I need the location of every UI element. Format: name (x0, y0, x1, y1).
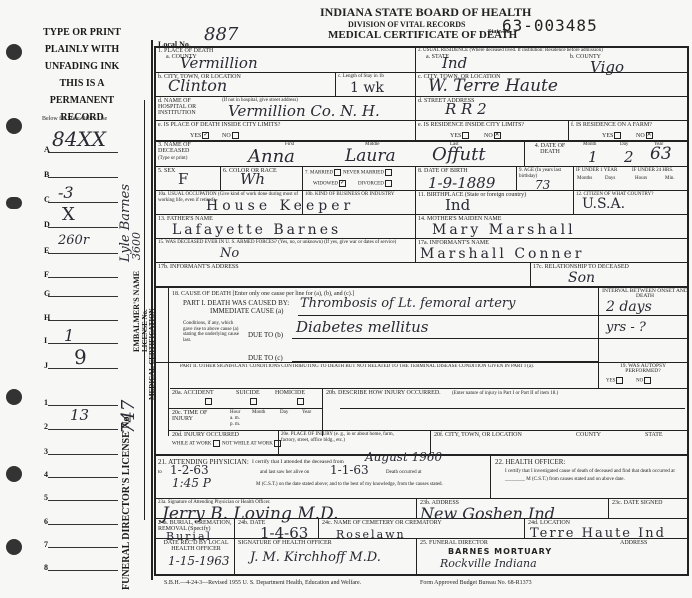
pm-label: p. m. (230, 422, 240, 427)
no-label: NO (636, 133, 645, 139)
place-of-injury-label: 20e. PLACE OF INJURY (e. g., in or about… (281, 432, 399, 444)
industry-label: 10b. KIND OF BUSINESS OR INDUSTRY (305, 192, 394, 197)
code-line (48, 343, 118, 344)
attended-from-value: August 1960 (365, 450, 442, 464)
hour-label: Hour (230, 410, 240, 415)
divider (154, 262, 689, 263)
death-time-value: 1:45 P (172, 476, 211, 490)
interval-label: INTERVAL BETWEEN ONSET AND DEATH (602, 289, 688, 299)
stay-label: c. Length of Stay in 1b (338, 74, 384, 79)
divider (415, 72, 689, 73)
not-at-work-option[interactable]: NOT WHILE AT WORK (222, 440, 281, 447)
divider (168, 288, 169, 436)
embalmer-license-value: 3600 (130, 232, 143, 260)
divider (154, 140, 689, 142)
yes-label: YES (190, 133, 201, 139)
divorced-option[interactable]: DIVORCED (358, 180, 392, 187)
divider (154, 120, 415, 121)
punch-hole (6, 539, 22, 555)
am-label: a. m. (230, 416, 240, 421)
married-checkbox[interactable] (334, 169, 341, 176)
birthplace-value: Ind (445, 196, 470, 214)
no-label: NO (636, 379, 643, 384)
informant-address-label: 17b. INFORMANT'S ADDRESS (158, 264, 239, 270)
code-value: -3 (58, 183, 74, 202)
to-label: to (158, 470, 162, 475)
health-officer-signature-value: J. M. Kirchhoff M.D. (250, 550, 381, 565)
inside-city-label: e. IS PLACE OF DEATH INSIDE CITY LIMITS? (158, 122, 280, 128)
residence-street-value: R R 2 (445, 100, 487, 118)
injury-city-label: 20f. CITY, TOWN, OR LOCATION (434, 432, 522, 438)
armed-forces-value: No (220, 246, 239, 261)
farm-yes-option[interactable]: YES (602, 132, 621, 139)
state-no-value: 63-003485 (502, 16, 598, 35)
death-year-value: 63 (650, 144, 672, 164)
footer-right: Form Approved Budget Bureau No. 68-R1373 (420, 580, 532, 586)
instruction-line: TYPE OR PRINT (38, 24, 126, 41)
residence-label: 2. USUAL RESIDENCE (Where deceased lived… (418, 48, 688, 53)
code-line (48, 277, 118, 278)
hours-label: Hours (635, 176, 647, 181)
interval-a-value: 2 days (606, 299, 652, 315)
injury-occurred-label: 20d. INJURY OCCURRED (172, 432, 239, 438)
divider (490, 456, 491, 498)
hospital-label: d. NAME OF HOSPITAL OR INSTITUTION (158, 98, 218, 116)
min-label: Min. (665, 176, 675, 181)
autopsy-label: 19. WAS AUTOPSY PERFORMED? (603, 364, 683, 374)
yes-checkbox[interactable] (462, 132, 469, 139)
divider (278, 430, 279, 454)
under-24-hrs-label: IF UNDER 24 HRS. (632, 168, 673, 173)
state-office-label: Below for State Office Use (42, 116, 107, 122)
numbered-line (48, 454, 118, 455)
health-officer-label: 22. HEALTH OFFICER: (495, 458, 565, 466)
no-checkbox-checked[interactable]: ✕ (494, 132, 501, 139)
under-1-year-label: IF UNDER 1 YEAR (576, 168, 617, 173)
funeral-director-license-label: FUNERAL DIRECTOR'S LICENSE No. (121, 414, 132, 590)
divider (154, 238, 689, 239)
code-line (48, 152, 118, 153)
conditions-note: Conditions, if any, which gave rise to a… (183, 321, 239, 343)
code-line (48, 202, 118, 203)
residence-city-no-option[interactable]: NO✕ (484, 132, 501, 139)
residence-city-value: W. Terre Haute (428, 76, 558, 96)
funeral-director-value: BARNES MORTUARY (448, 547, 552, 556)
residence-city-yes-option[interactable]: YES (450, 132, 469, 139)
citizen-value: U.S.A. (582, 196, 625, 212)
divider (415, 46, 416, 140)
describe-line (340, 408, 685, 409)
divider (170, 388, 689, 389)
inside-city-yes-option[interactable]: YES✓ (190, 132, 209, 139)
widowed-option[interactable]: WIDOWED✓ (313, 180, 346, 187)
numbered-value: 13 (70, 406, 89, 424)
autopsy-yes-option[interactable]: YES (606, 377, 623, 384)
code-value: X (62, 204, 75, 225)
divider (302, 190, 303, 214)
birthplace-label: 11. BIRTHPLACE (State or foreign country… (418, 192, 526, 198)
married-option[interactable]: 7. MARRIED (305, 169, 341, 176)
describe-injury-hint: (Enter nature of injury in Part I or Par… (452, 391, 558, 396)
divider (415, 190, 416, 214)
divorced-label: DIVORCED (358, 182, 384, 187)
physician-text-2: and last saw her alive on (260, 470, 309, 475)
divider (573, 190, 574, 214)
numbered-line (48, 570, 118, 571)
sex-value: F (178, 170, 188, 188)
yes-checkbox[interactable] (616, 377, 623, 384)
yes-checkbox[interactable] (614, 132, 621, 139)
received-value: 1-15-1963 (168, 554, 230, 568)
autopsy-no-option[interactable]: NO (636, 377, 651, 384)
yes-label: YES (602, 133, 613, 139)
divider (416, 498, 417, 518)
divider (516, 166, 517, 190)
at-work-checkbox[interactable] (213, 440, 220, 447)
funeral-director-address-label: ADDRESS (620, 540, 647, 546)
cemetery-label: 24c. NAME OF CEMETERY OR CREMATORY (322, 520, 442, 526)
days-label: Days (605, 176, 615, 181)
punch-hole (6, 44, 22, 60)
time-of-injury-label: 20c. TIME OF INJURY (172, 410, 208, 422)
widowed-label: WIDOWED (313, 182, 338, 187)
local-no-value: 887 (204, 24, 238, 45)
embalmer-name-label: EMBALMER'S NAME (132, 271, 141, 352)
divider (415, 166, 416, 190)
instruction-line: THIS IS A (38, 75, 126, 92)
divider (168, 408, 322, 409)
code-value: 1 (64, 326, 74, 345)
divider (608, 498, 609, 518)
last-seen-value: 1-1-63 (330, 463, 369, 477)
first-name-value: Anna (248, 146, 295, 167)
numbered-line (48, 500, 118, 501)
divider (415, 96, 689, 97)
cause-line (292, 338, 598, 339)
residence-inside-city-label: e. IS RESIDENCE INSIDE CITY LIMITS? (418, 122, 524, 128)
widowed-checkbox-checked[interactable]: ✓ (339, 180, 346, 187)
inside-city-no-option[interactable]: NO (222, 132, 239, 139)
father-value: Lafayette Barnes (172, 222, 341, 238)
residence-state-value: Ind (442, 54, 467, 72)
due-to-c-label: DUE TO (c) (248, 354, 283, 362)
armed-forces-label: 15. WAS DECEASED EVER IN U. S. ARMED FOR… (158, 240, 413, 246)
divider (416, 538, 417, 574)
divider (335, 72, 336, 96)
part2-label: PART II. OTHER SIGNIFICANT CONDITIONS CO… (180, 364, 596, 369)
no-label: NO (484, 133, 493, 139)
never-married-checkbox[interactable] (385, 169, 392, 176)
county-value: Vermillion (180, 54, 258, 72)
no-checkbox[interactable] (644, 377, 651, 384)
married-label: 7. MARRIED (305, 171, 333, 176)
instruction-line: PLAINLY WITH (38, 41, 126, 58)
divider (568, 120, 569, 140)
numbered-line (48, 429, 118, 430)
describe-injury-label: 20b. DESCRIBE HOW INJURY OCCURRED. (326, 390, 441, 396)
received-label: DATE REC'D BY LOCAL HEALTH OFFICER (160, 540, 232, 552)
yes-label: YES (450, 133, 461, 139)
injury-county-label: COUNTY (576, 432, 601, 438)
sex-label: 5. SEX (158, 168, 175, 174)
funeral-director-address-value: Rockville Indiana (440, 557, 537, 570)
divorced-checkbox[interactable] (385, 180, 392, 187)
farm-label: f. IS RESIDENCE ON A FARM? (571, 122, 652, 128)
farm-no-option[interactable]: NO✕ (636, 132, 653, 139)
code-line (48, 296, 118, 297)
code-line (48, 177, 118, 178)
instructions-block: TYPE OR PRINT PLAINLY WITH UNFADING INK … (38, 24, 126, 126)
divider (598, 338, 689, 339)
accident-label: 20a. ACCIDENT (172, 390, 214, 396)
day-label: Day (280, 410, 288, 415)
part1-label: PART I. DEATH WAS CAUSED BY: (183, 299, 289, 307)
divider (154, 72, 415, 73)
punch-hole (6, 466, 22, 482)
health-officer-signature-label: SIGNATURE OF HEALTH OFFICER (238, 540, 332, 546)
hospital-value: Vermillion Co. N. H. (228, 102, 380, 120)
divider (220, 166, 221, 190)
divider (154, 538, 689, 539)
code-value: 84XX (52, 127, 106, 151)
year-label: Year (302, 410, 311, 415)
divider (598, 315, 689, 316)
code-line (48, 227, 118, 228)
cemetery-value: Roselawn (336, 528, 406, 541)
divider (530, 262, 531, 286)
date-signed-label: 23c. DATE SIGNED (612, 500, 663, 506)
relationship-value: Son (568, 270, 595, 286)
divider (234, 518, 235, 574)
due-to-b-value: Diabetes mellitus (296, 318, 429, 336)
at-work-label: WHILE AT WORK (172, 442, 212, 447)
month-label: Month (583, 142, 596, 147)
never-married-label: NEVER MARRIED (343, 171, 384, 176)
divider (154, 166, 689, 167)
no-label: NO (222, 133, 231, 139)
date-of-death-label: 4. DATE OF DEATH (530, 143, 570, 155)
divider (154, 362, 689, 363)
no-checkbox[interactable] (232, 132, 239, 139)
never-married-option[interactable]: NEVER MARRIED (343, 169, 392, 176)
divider (415, 120, 689, 121)
code-value: 260r (58, 233, 89, 248)
divider (154, 96, 415, 97)
homicide-checkbox[interactable] (297, 398, 304, 405)
punch-hole (6, 389, 22, 405)
numbered-line (48, 524, 118, 525)
code-label: I (44, 336, 47, 345)
divider (154, 190, 689, 191)
numbered-line (48, 547, 118, 548)
race-value: Wh (240, 170, 265, 188)
instruction-line: PERMANENT (38, 92, 126, 109)
homicide-label: HOMICIDE (275, 390, 305, 396)
division-title: DIVISION OF VITAL RECORDS (348, 20, 465, 29)
divider (573, 166, 574, 190)
last-name-value: Offutt (432, 144, 486, 165)
middle-name-value: Laura (345, 146, 396, 166)
yes-label: YES (606, 379, 615, 384)
physician-text-3: Death occurred at (386, 470, 422, 475)
funeral-director-license-value: 747 (118, 400, 139, 434)
city-value: Clinton (168, 76, 227, 95)
physician-text-4: M (C.S.T.) on the date stated above; and… (256, 481, 482, 488)
cause-line (298, 315, 598, 316)
divider (318, 518, 319, 538)
not-at-work-label: NOT WHILE AT WORK (222, 442, 273, 447)
residence-county-value: Vigo (590, 58, 624, 76)
yes-checkbox-checked[interactable]: ✓ (202, 132, 209, 139)
due-to-b-label: DUE TO (b) (248, 331, 283, 339)
death-month-value: 1 (588, 148, 598, 166)
divider (154, 214, 689, 215)
numbered-line (48, 477, 118, 478)
punch-hole (6, 118, 22, 134)
punch-hole (6, 197, 22, 209)
funeral-director-label: 25. FUNERAL DIRECTOR (420, 540, 488, 546)
months-label: Months (577, 176, 592, 181)
accident-checkbox[interactable] (205, 398, 212, 405)
divider (524, 142, 525, 166)
footer-left: S.B.H.—4-24-3—Revised 1955 U. S. Departm… (164, 580, 361, 586)
deceased-name-hint: (Type or print) (158, 156, 187, 161)
divider (302, 166, 303, 190)
day-label: Day (620, 142, 628, 147)
mother-value: Mary Marshall (432, 222, 576, 238)
agency-title: INDIANA STATE BOARD OF HEALTH (320, 5, 531, 20)
attended-to-value: 1-2-63 (170, 463, 209, 477)
immediate-cause-value: Thrombosis of Lt. femoral artery (300, 296, 515, 311)
code-value: 9 (74, 345, 87, 369)
stay-value: 1 wk (350, 80, 384, 96)
code-line (48, 320, 118, 321)
informant-name-value: Marshall Conner (420, 246, 584, 262)
interval-b-value: yrs - ? (606, 320, 646, 335)
immediate-cause-label: IMMEDIATE CAUSE (a) (210, 307, 284, 315)
injury-state-label: STATE (645, 432, 663, 438)
instruction-line: UNFADING INK (38, 58, 126, 75)
occupation-value: House Keeper (206, 198, 354, 214)
death-certificate: TYPE OR PRINT PLAINLY WITH UNFADING INK … (0, 0, 692, 598)
at-work-option[interactable]: WHILE AT WORK (172, 440, 220, 447)
suicide-checkbox[interactable] (250, 398, 257, 405)
suicide-label: SUICIDE (236, 390, 260, 396)
divider (524, 518, 525, 538)
divider (322, 388, 323, 436)
death-day-value: 2 (624, 148, 634, 166)
divider (168, 430, 689, 431)
deceased-name-label: 3. NAME OF DECEASED (158, 142, 208, 154)
no-checkbox-checked[interactable]: ✕ (646, 132, 653, 139)
health-officer-text: I certify that I investigated cause of d… (505, 468, 687, 484)
month-label: Month (252, 410, 265, 415)
code-line (48, 253, 118, 254)
